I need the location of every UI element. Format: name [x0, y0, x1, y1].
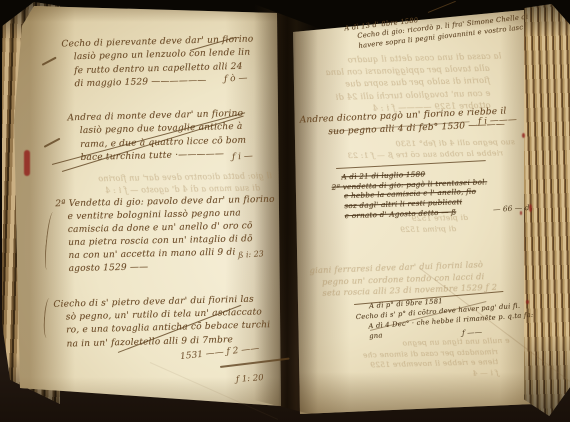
ledger-entry: Ciecho di s' pietro deve dar' dui fiorin…	[53, 293, 271, 351]
sum-note: ƒ 1: 20	[236, 373, 264, 385]
red-ink-smudge	[24, 150, 30, 176]
manuscript-photo: Cecho di pierevante deve dar' un fiorino…	[0, 0, 570, 422]
amount-note: ƒ i —	[232, 151, 253, 162]
show-through-text: la cassa di una cosa detta il quadro all…	[311, 50, 503, 116]
ledger-entry: 2ª Vendetta di gio: pavolo deve dar' un …	[55, 194, 276, 277]
amount-note: ƒ i ———	[478, 115, 517, 127]
show-through-text: suo pegno alli 4 di feb° 1530 riebbe la …	[315, 136, 515, 161]
show-through-line: di prima 1529	[348, 224, 456, 236]
amount-note: ƒ ò —	[224, 73, 248, 84]
amount-note: ß i: 23	[238, 249, 264, 260]
red-speck	[522, 133, 525, 138]
show-through-text: di pietre 1529 di prima 1529	[348, 213, 468, 236]
amount-note: — 66 — d	[493, 203, 530, 214]
show-through-text: e nulla una tigna un pegno rimandato per…	[339, 336, 510, 382]
